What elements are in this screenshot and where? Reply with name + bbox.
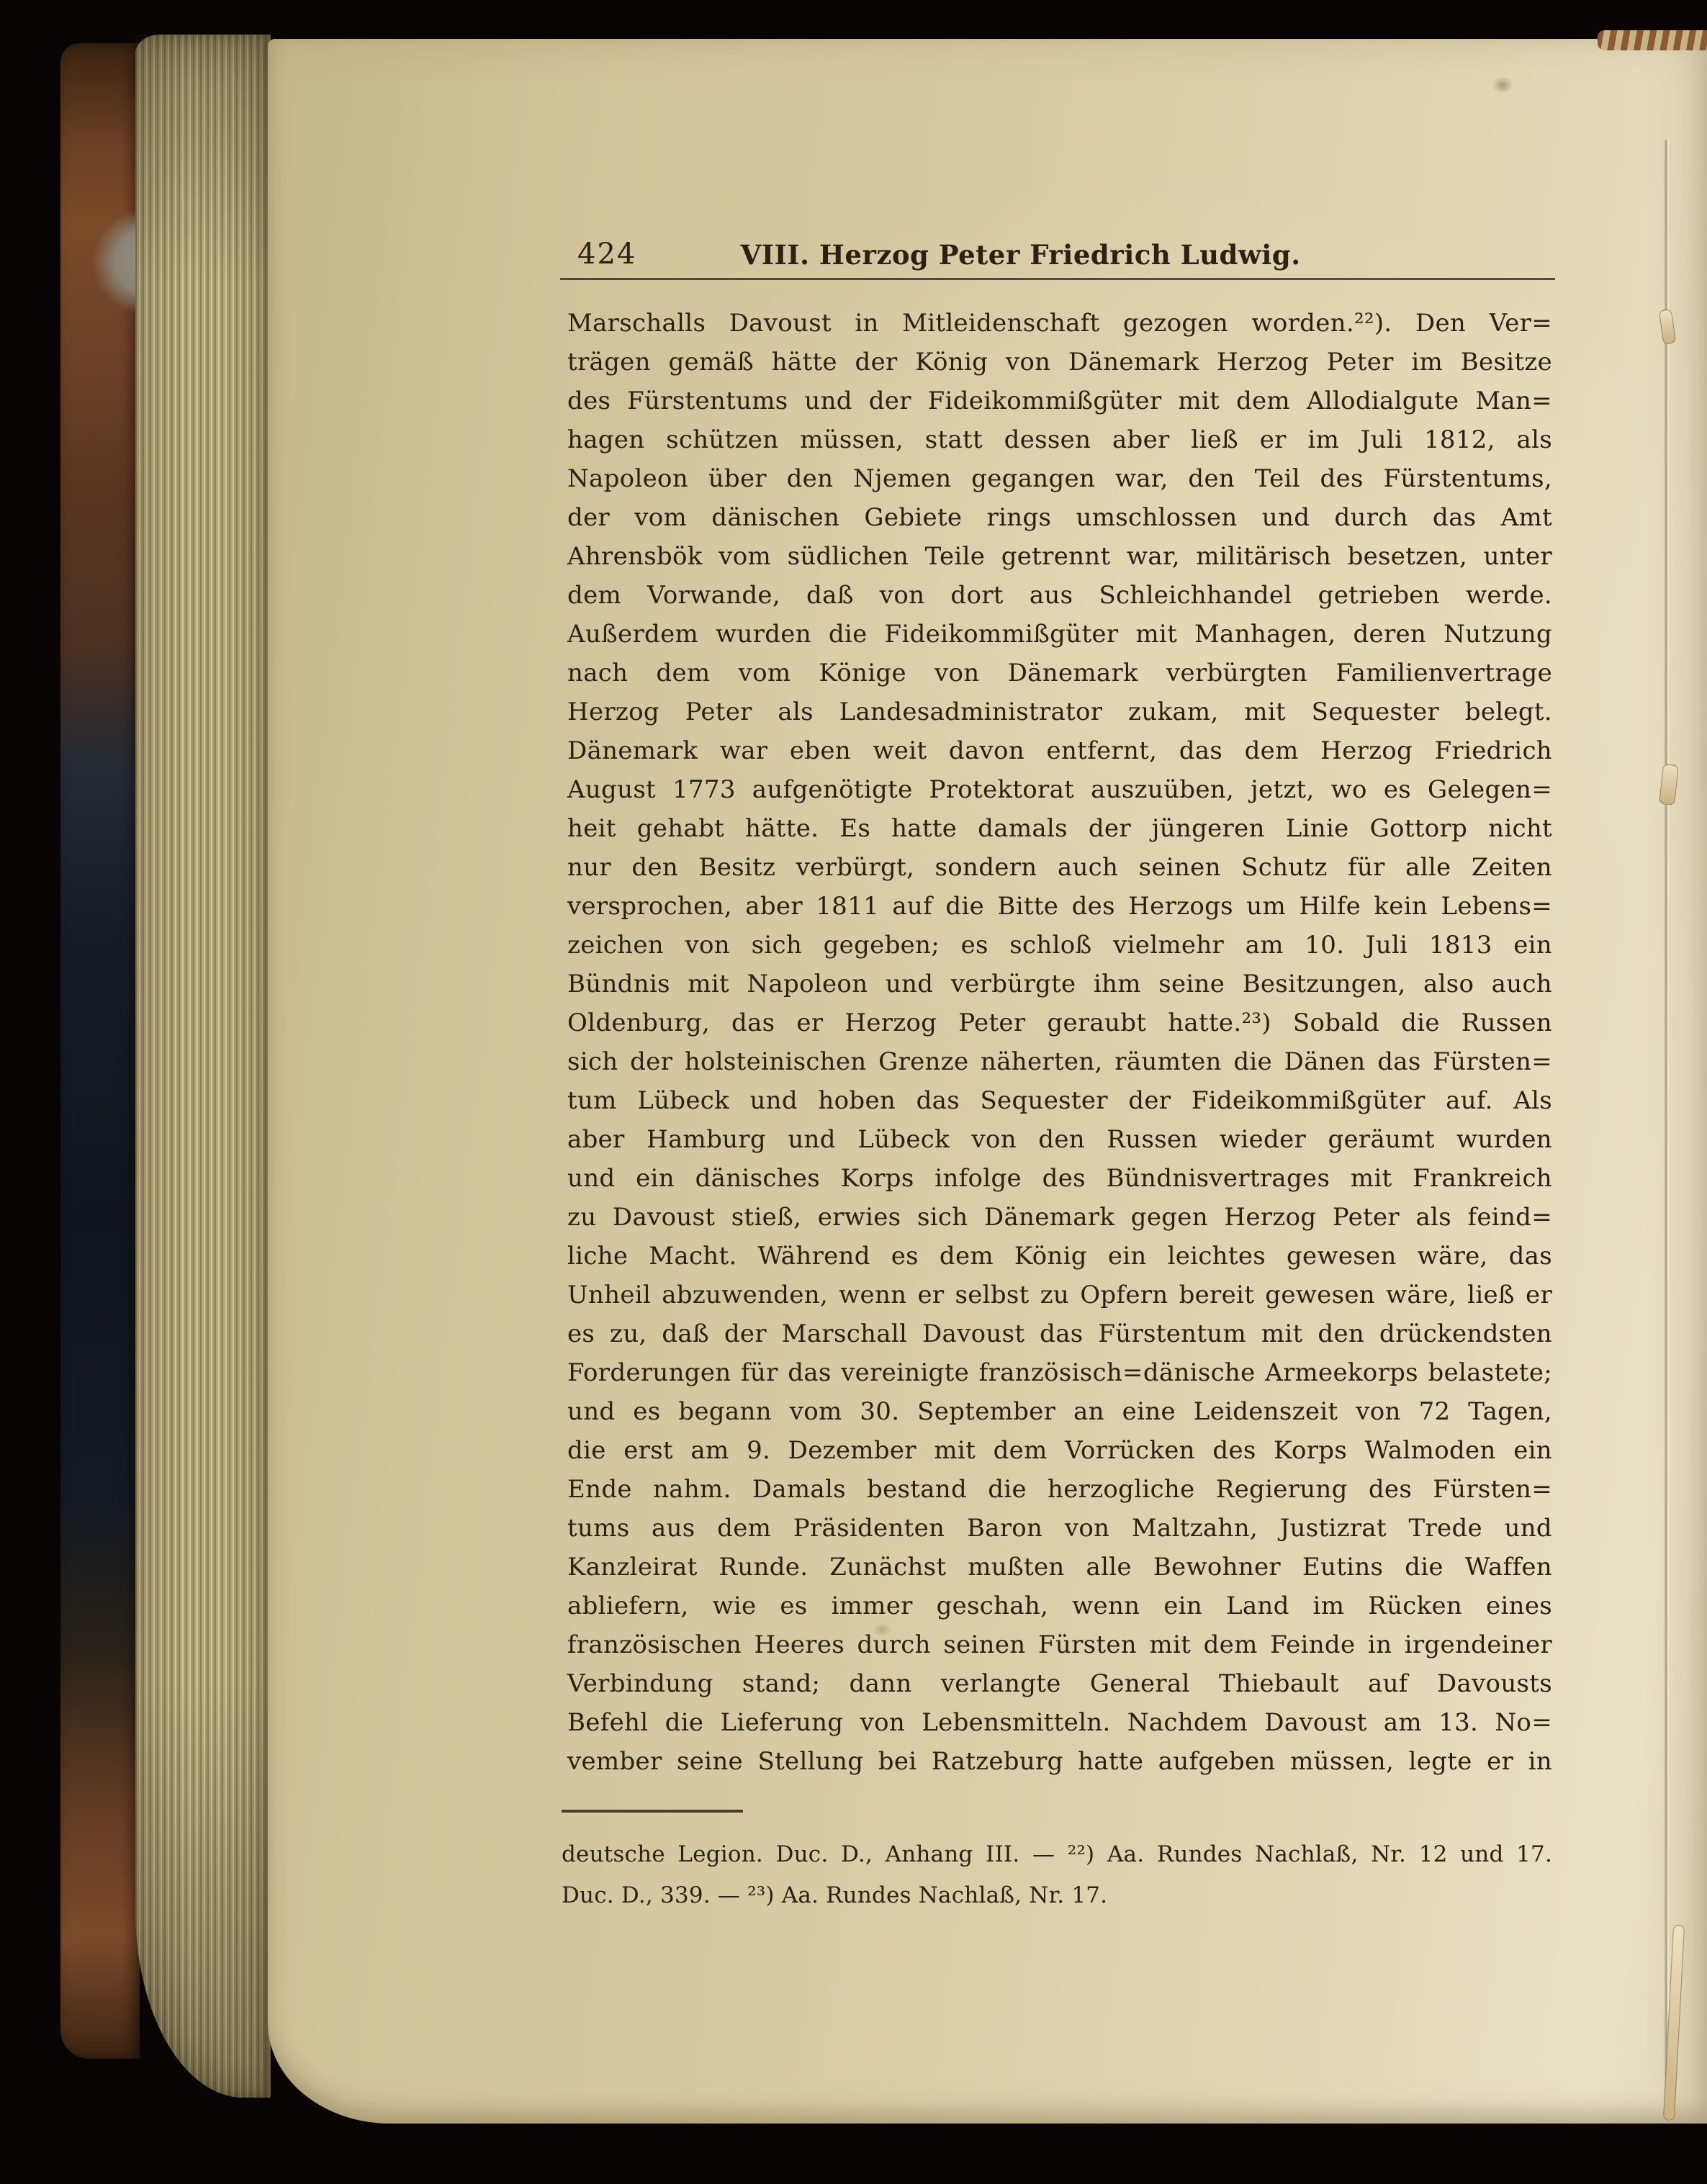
body-text-line: trägen gemäß hätte der König von Dänemar… bbox=[567, 343, 1552, 382]
body-text-line: Bündnis mit Napoleon und verbürgte ihm s… bbox=[567, 965, 1552, 1003]
book-page: 424 VIII. Herzog Peter Friedrich Ludwig.… bbox=[268, 39, 1707, 2124]
body-text-line: aber Hamburg und Lübeck von den Russen w… bbox=[567, 1120, 1552, 1159]
body-text-line: Unheil abzuwenden, wenn er selbst zu Opf… bbox=[567, 1276, 1552, 1314]
printed-content: 424 VIII. Herzog Peter Friedrich Ludwig.… bbox=[567, 39, 1552, 2124]
body-text-line: des Fürstentums und der Fideikommißgüter… bbox=[567, 382, 1552, 420]
body-text-line: liche Macht. Während es dem König ein le… bbox=[567, 1237, 1552, 1276]
body-text-line: die erst am 9. Dezember mit dem Vorrücke… bbox=[567, 1431, 1552, 1470]
footnote-line: deutsche Legion. Duc. D., Anhang III. — … bbox=[562, 1834, 1552, 1875]
running-header: VIII. Herzog Peter Friedrich Ludwig. bbox=[740, 239, 1300, 271]
body-text-line: tum Lübeck und hoben das Sequester der F… bbox=[567, 1081, 1552, 1120]
body-text-line: es zu, daß der Marschall Davoust das Für… bbox=[567, 1314, 1552, 1353]
body-text-line: August 1773 aufgenötigte Protektorat aus… bbox=[567, 770, 1552, 809]
body-text-line: versprochen, aber 1811 auf die Bitte des… bbox=[567, 887, 1552, 926]
binding-thread bbox=[1659, 764, 1679, 806]
body-text-line: zeichen von sich gegeben; es schloß viel… bbox=[567, 926, 1552, 965]
gutter-crease bbox=[1664, 140, 1670, 2076]
body-text-line: Dänemark war eben weit davon entfernt, d… bbox=[567, 731, 1552, 770]
body-text-line: abliefern, wie es immer geschah, wenn ei… bbox=[567, 1587, 1552, 1625]
body-text-line: Oldenburg, das er Herzog Peter geraubt h… bbox=[567, 1003, 1552, 1042]
body-text-line: vember seine Stellung bei Ratzeburg hatt… bbox=[567, 1742, 1552, 1781]
body-text-line: Verbindung stand; dann verlangte General… bbox=[567, 1664, 1552, 1703]
body-text-line: dem Vorwande, daß von dort aus Schleichh… bbox=[567, 576, 1552, 615]
body-text-line: Ahrensbök vom südlichen Teile getrennt w… bbox=[567, 537, 1552, 576]
footnotes: deutsche Legion. Duc. D., Anhang III. — … bbox=[562, 1834, 1552, 1916]
body-text-line: heit gehabt hätte. Es hatte damals der j… bbox=[567, 809, 1552, 848]
binding-thread bbox=[1659, 309, 1677, 345]
body-text-line: und ein dänisches Korps infolge des Bünd… bbox=[567, 1159, 1552, 1198]
body-text-line: Außerdem wurden die Fideikommißgüter mit… bbox=[567, 615, 1552, 654]
body-text-line: französischen Heeres durch seinen Fürste… bbox=[567, 1625, 1552, 1664]
body-text-line: tums aus dem Präsidenten Baron von Maltz… bbox=[567, 1509, 1552, 1548]
binding-headband bbox=[1598, 30, 1707, 50]
body-text-line: nur den Besitz verbürgt, sondern auch se… bbox=[567, 848, 1552, 887]
footnote-line: Duc. D., 339. — ²³) Aa. Rundes Nachlaß, … bbox=[562, 1875, 1552, 1916]
body-text-line: Kanzleirat Runde. Zunächst mußten alle B… bbox=[567, 1548, 1552, 1587]
body-text-line: der vom dänischen Gebiete rings umschlos… bbox=[567, 498, 1552, 537]
body-text-line: Befehl die Lieferung von Lebensmitteln. … bbox=[567, 1703, 1552, 1742]
body-text-line: nach dem vom Könige von Dänemark verbürg… bbox=[567, 654, 1552, 692]
body-text-line: hagen schützen müssen, statt dessen aber… bbox=[567, 420, 1552, 459]
page-number: 424 bbox=[577, 238, 636, 271]
header-rule bbox=[560, 278, 1555, 280]
body-text-line: Herzog Peter als Landesadministrator zuk… bbox=[567, 692, 1552, 731]
body-text-line: sich der holsteinischen Grenze näherten,… bbox=[567, 1042, 1552, 1081]
body-text-line: zu Davoust stieß, erwies sich Dänemark g… bbox=[567, 1198, 1552, 1237]
body-text-line: und es begann vom 30. September an eine … bbox=[567, 1392, 1552, 1431]
body-text: Marschalls Davoust in Mitleidenschaft ge… bbox=[567, 304, 1552, 1781]
body-text-line: Forderungen für das vereinigte französis… bbox=[567, 1353, 1552, 1392]
book-spine bbox=[60, 43, 140, 2059]
footnote-rule bbox=[562, 1810, 743, 1813]
page-edge-stack bbox=[135, 35, 271, 2098]
book-photo-scene: 424 VIII. Herzog Peter Friedrich Ludwig.… bbox=[0, 0, 1707, 2184]
body-text-line: Marschalls Davoust in Mitleidenschaft ge… bbox=[567, 304, 1552, 343]
body-text-line: Napoleon über den Njemen gegangen war, d… bbox=[567, 459, 1552, 498]
page-header: 424 VIII. Herzog Peter Friedrich Ludwig. bbox=[567, 236, 1552, 274]
body-text-line: Ende nahm. Damals bestand die herzoglich… bbox=[567, 1470, 1552, 1509]
